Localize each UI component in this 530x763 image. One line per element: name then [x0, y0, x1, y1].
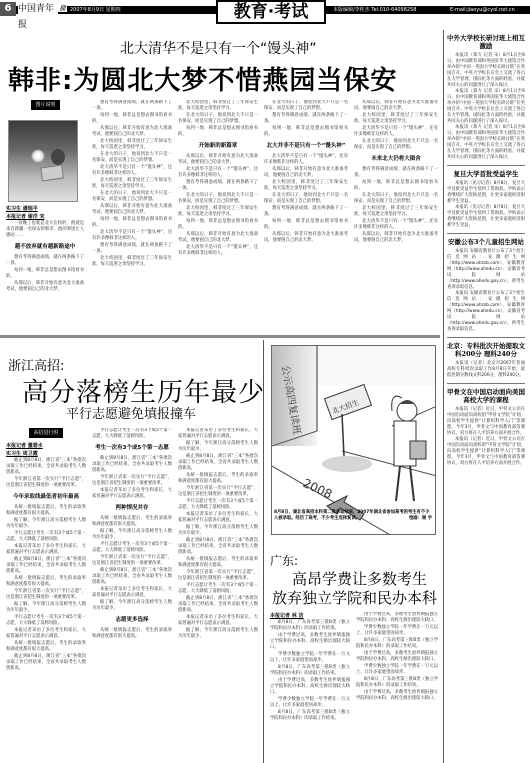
byline-2: 实习生 周卫霞 [6, 450, 86, 458]
guangdong-headline-line2: 放弃独立学院和民办本科 [272, 587, 437, 608]
body-paragraph: 从那以后，韩非开始有意为北大准备考试，他要圆自己的北大梦。 [178, 154, 258, 166]
main-story-col-3: 北大校园里，韩非度过了三年保安生涯，每天巡逻之余坚持学习。 在北大的日子，他说到… [178, 100, 258, 333]
cartoon-illustration: 公示高四复读班 北大招生 2008 [272, 346, 436, 535]
body-paragraph: 据了解，今年浙江高分落榜考生人数为历年最少。 [178, 628, 258, 640]
body-paragraph: 北大清华不是只有一个“馒头神”，还有许多像韩非这样的人。 [354, 219, 438, 231]
body-paragraph: 由于学费过高，多数考生放弃填报独立学院和民办本科，高校生源出现较大缺口。 [356, 690, 438, 702]
guangdong-kicker: 广东: [270, 552, 298, 569]
brief-item: 复旦大学首批受益学生 本报讯（见习记者）8月8日，复旦大学首批受益学生领到了资助… [444, 170, 528, 229]
brief-title: 甲骨文在中国启动面向美国高校大学的课程 [444, 388, 528, 404]
brief-body: 本报讯（见习记者）8月8日，复旦大学首批受益学生领到了资助款。学校表示将继续扩大… [444, 181, 528, 229]
body-paragraph: 每到一地，韩非总是想去图书馆看书的。 [264, 219, 348, 231]
brief-paragraph: 本报讯 安徽省教育厅公布了3个招生信息网站：安徽招生网（http://www.a… [447, 291, 525, 333]
subhead: 今年录取线最低者初年最高 [6, 494, 86, 500]
subhead: 北大并非不是只有一个“馒头神” [264, 143, 348, 149]
main-story-headline: 韩非:为圆北大梦不惜燕园当保安 [8, 60, 397, 97]
body-paragraph: 从统一批填报志愿后，考生的录取率和满意度都有很大提高。 [6, 505, 86, 517]
body-paragraph: 今年浙江省第一次实行“平行志愿”，这是浙江省招生制度的一项重要改革。 [178, 486, 258, 498]
lower-story-col-2: 平行志愿让考生一次有3个或5个第一志愿，大大降低了落榜风险。 考生一次有3个或5… [92, 428, 172, 763]
body-paragraph: 平行志愿让考生一次有3个或5个第一志愿，大大降低了落榜风险。 [6, 531, 86, 543]
body-paragraph: 在北大的日子，他说到北大不只是一名保安，而是实现了自己的梦想。 [264, 100, 348, 112]
body-paragraph: 在北大的日子，他说到北大不只是一名保安，而是实现了自己的梦想。 [354, 139, 438, 151]
body-paragraph: 从统一批填报志愿后，考生的录取率和满意度都有很大提高。 [92, 628, 172, 640]
body-paragraph: 据了解，今年浙江高分落榜考生人数为历年最少。 [92, 529, 172, 541]
cartoon-caption: 8月8日，湖北省高招本科第二批录取结束，2007年湖北省参加高考的考生有不少人被… [274, 510, 432, 522]
subhead: 考生一次有3个或5个第一志愿 [92, 445, 172, 451]
body-paragraph: 由于学费过高，多数考生放弃填报独立学院和民办本科，高校生源出现较大缺口。 [356, 612, 438, 624]
byline: 本报记者 林 洁 [270, 612, 350, 620]
section-divider [0, 335, 440, 338]
header-date: 2007年8月9日 星期四 [70, 6, 121, 14]
body-paragraph: 北大清华不是只有一个“馒头神”，还有许多像韩非这样的人。 [92, 230, 172, 242]
body-paragraph: 据了解，今年浙江高分落榜考生人数为历年最少。 [178, 441, 258, 453]
body-paragraph: 今年浙江省第一次实行“平行志愿”，这是浙江省招生制度的一项重要改革。 [92, 555, 172, 567]
brief-paragraph: 本报讯（记者）近日，甲骨文公司在中国启动面向高校的“甲骨文学院”计划，向高校学生… [447, 407, 525, 437]
body-paragraph: 北大清华不是只有一个“馒头神”，还有许多像韩非这样的人。 [354, 126, 438, 138]
photo-label-wrap: 图片说明 [8, 100, 83, 120]
brief-item: 安徽公布3个儿童招生网站 本报讯 安徽省教育厅公布了3个招生信息网站：安徽招生网… [444, 238, 528, 333]
guangdong-col-2: 由于学费过高，多数考生放弃填报独立学院和民办本科，高校生源出现较大缺口。 学费少… [356, 612, 438, 763]
story-photo [8, 120, 78, 202]
body-paragraph: 在北大的日子，他说到北大不只是一名保安，而是实现了自己的梦想。 [178, 193, 258, 205]
body-paragraph: 在北大的日子，他说到北大不只是一名保安，而是实现了自己的梦想。 [92, 191, 172, 203]
brief-item: 中外大学校长研讨班上相互激励 本报讯（郑力 记者 宋）8月1日至6日，由中国教育… [444, 34, 528, 161]
body-paragraph: 每到一地，韩非总是想去图书馆看书的。 [264, 126, 348, 138]
body-paragraph: 从统一批填报志愿后，考生的录取率和满意度都有很大提高。 [6, 641, 86, 653]
body-paragraph: 本报记者采访了多位考生和家长，大家普遍对平行志愿表示满意。 [6, 544, 86, 556]
body-paragraph: 从那以后，韩非开始有意为北大准备考试，他要圆自己的北大梦。 [92, 204, 172, 216]
brief-body: 本报讯（记者）近日，甲骨文公司在中国启动面向高校的“甲骨文学院”计划，向高校学生… [444, 407, 528, 467]
body-paragraph: 据了解，今年浙江高分落榜考生人数为历年最少。 [6, 518, 86, 530]
body-paragraph: 8月8日，广东高考第三批B类（独立学院和民办本科）的录取工作结束。 [356, 638, 438, 650]
body-paragraph: 每到一地，韩非总是想去图书馆看书的。 [6, 268, 84, 280]
subhead: 未来北大仍将大图舍 [354, 156, 438, 162]
brief-title: 复旦大学首批受益学生 [444, 170, 528, 178]
header-email: E-mail:jiaoyu@cyol.net.cn [450, 6, 515, 14]
body-paragraph: 今年浙江省第一次实行“平行志愿”，这是浙江省招生制度的一项重要改革。 [92, 475, 172, 487]
brief-title: 安徽公布3个儿童招生网站 [444, 238, 528, 246]
byline-1: 实习生 潘瑞平 [6, 205, 84, 213]
brief-paragraph: 本报讯（记者）近日，甲骨文公司在中国启动面向高校的“甲骨文学院”计划，向高校学生… [447, 437, 525, 467]
body-paragraph: 每到一地，韩非总是想去图书馆看书的。 [92, 217, 172, 229]
body-paragraph: 在北大的日子，他说到北大不只是一名保安，而是实现了自己的梦想。 [178, 113, 258, 125]
body-paragraph: 8月8日，广东高考第三批B类（独立学院和民办本科）的录取工作结束。 [270, 710, 350, 722]
body-paragraph: 平行志愿让考生一次有3个或5个第一志愿，大大降低了落榜风险。 [6, 615, 86, 627]
brief-body: 本报讯（郑力 记者 宋）8月1日至6日，由中国教育部和英国驻华大使馆合作举办的“… [444, 53, 528, 161]
body-paragraph: 据了解，今年浙江高分落榜考生人数为历年最少。 [92, 600, 172, 612]
body-paragraph: 在北大的日子，他说到北大不只是一名保安，而是实现了自己的梦想。 [264, 193, 348, 205]
news-briefs-sidebar: 中外大学校长研讨班上相互激励 本报讯（郑力 记者 宋）8月1日至6日，由中国教育… [443, 30, 528, 763]
body-paragraph: 学费少数独立学院一年学费在一万元以上，让许多家庭望而却步。 [270, 652, 350, 664]
body-paragraph: 从统一批填报志愿后，考生的录取率和满意度都有很大提高。 [178, 557, 258, 569]
byline-2: 本报记者 谢洋 宋 [6, 213, 84, 221]
body-paragraph: 截止到8月8日，浙江省“三本”各批次录取工作已经结束，全省共录取考生人数创新高。 [92, 456, 172, 474]
body-paragraph: 从那以后，韩非开始有意为北大准备考试，他要圆自己的北大梦。 [354, 232, 438, 244]
body-paragraph: 学费少数独立学院一年学费在一万元以上，让许多家庭望而却步。 [270, 697, 350, 709]
body-paragraph: 据了解，今年浙江高分落榜考生人数为历年最少。 [178, 525, 258, 537]
label-wrap: 高招进行时 [6, 428, 86, 438]
svg-text:2008: 2008 [301, 476, 335, 502]
body-paragraph: 想有考得满意成绩，就在两条路下了一条。 [92, 243, 172, 255]
body-paragraph: 从统一批填报志愿后，考生的录取率和满意度都有很大提高。 [92, 516, 172, 528]
byline-1: 本报记者 董碧水 [6, 442, 86, 450]
body-paragraph: 想有考得满意成绩，就在两条路下了一条。 [264, 206, 348, 218]
body-paragraph: 平行志愿让考生一次有3个或5个第一志愿，大大降低了落榜风险。 [92, 542, 172, 554]
body-paragraph: 本报记者采访了多位考生和家长，大家普遍对平行志愿表示满意。 [178, 615, 258, 627]
lamp-icon [31, 149, 45, 163]
body-paragraph: 北大校园里，韩非度过了三年保安生涯，每天巡逻之余坚持学习。 [178, 100, 258, 112]
section-title: 教育·考试 [216, 0, 326, 24]
subhead: 越不放弃就有越新路途中 [6, 244, 84, 250]
brief-title: 北京：专科批次开始提取文科200分 理科240分 [444, 342, 528, 358]
brief-item: 甲骨文在中国启动面向美国高校大学的课程 本报讯（记者）近日，甲骨文公司在中国启动… [444, 388, 528, 467]
main-story-col-1: 实习生 潘瑞平 本报记者 谢洋 宋 一份晚了也就是北大在校的，他就是来自新疆一名… [6, 205, 84, 333]
body-paragraph: 今年浙江省第一次实行“平行志愿”，这是浙江省招生制度的一项重要改革。 [6, 589, 86, 601]
decorative-slashes: //// [58, 4, 67, 12]
body-paragraph: 想有考得满意成绩，就在两条路下了一条。 [264, 113, 348, 125]
body-paragraph: 截止到8月8日，浙江省“三本”各批次录取工作已经结束，全省共录取考生人数创新高。 [178, 596, 258, 614]
body-paragraph: 每到一地，韩非总是想去图书馆看书的。 [92, 113, 172, 125]
body-paragraph: 截止到8月8日，浙江省“三本”各批次录取工作已经结束，全省共录取考生人数创新高。 [6, 557, 86, 575]
brief-divider [447, 383, 525, 384]
body-paragraph: 本报记者采访了多位考生和家长，大家普遍对平行志愿表示满意。 [178, 512, 258, 524]
body-paragraph: 8月8日，广东高考第三批B类（独立学院和民办本科）的录取工作结束。 [270, 620, 350, 632]
body-paragraph: 今年浙江省第一次实行“平行志愿”，这是浙江省招生制度的一项重要改革。 [6, 477, 86, 489]
body-paragraph: 由于学费过高，多数考生放弃填报独立学院和民办本科，高校生源出现较大缺口。 [270, 678, 350, 696]
subhead: 志愿更多选择 [92, 617, 172, 623]
brief-body: 本报讯 安徽省教育厅公布了3个招生信息网站：安徽招生网（http://www.a… [444, 249, 528, 333]
lower-story-deck: 平行志愿避免填报撞车 [66, 403, 196, 422]
brief-paragraph: 本报讯（见习记者）8月8日，复旦大学首批受益学生领到了资助款。学校表示将继续扩大… [447, 205, 525, 229]
body-paragraph: 本报记者采访了多位考生和家长，大家普遍对平行志愿表示满意。 [92, 587, 172, 599]
photo-label: 图片说明 [31, 100, 59, 110]
body-paragraph: 想有考得满意成绩，就在两条路下了一条。 [178, 180, 258, 192]
guangdong-headline-line1: 高昂学费让多数考生 [292, 568, 427, 589]
lower-story-col-1: 高招进行时 本报记者 董碧水 实习生 周卫霞 截止到8月8日，浙江省“三本”各批… [6, 428, 86, 763]
body-paragraph: 每到一地，韩非总是想去图书馆看书的。 [178, 219, 258, 231]
brief-body: 本报讯（记者）北京市2007年普通高校专科批次录取工作8月8日开始，最低控制分数… [444, 361, 528, 379]
body-paragraph: 平行志愿让考生一次有3个或5个第一志愿，大大降低了落榜风险。 [92, 428, 172, 440]
body-paragraph: 北大清华不是只有一个“馒头神”，还有许多像韩非这样的人。 [92, 165, 172, 177]
lead-paragraph: 一份晚了也就是北大在校的，他就是来自新疆一名保安的韩非，他的事迹让人感动…… [6, 221, 84, 239]
caption-text: 8月8日，湖北省高招本科第二批录取结束，2007年湖北省参加高考的考生有不少人被… [274, 510, 429, 521]
body-paragraph: 截止到8月8日，浙江省“三本”各批次录取工作已经结束，全省共录取考生人数创新高。 [178, 538, 258, 556]
body-paragraph: 截止到8月8日，浙江省“三本”各批次录取工作已经结束，全省共录取考生人数创新高。 [6, 458, 86, 476]
body-paragraph: 平行志愿让考生一次有3个或5个第一志愿，大大降低了落榜风险。 [178, 499, 258, 511]
body-paragraph: 从那以后，韩非开始有意为北大准备考试，他要圆自己的北大梦。 [354, 100, 438, 112]
body-paragraph: 平行志愿让考生一次有3个或5个第一志愿，大大降低了落榜风险。 [178, 583, 258, 595]
body-paragraph: 北大清华不是只有一个“馒头神”，还有许多像韩非这样的人。 [264, 154, 348, 166]
body-paragraph: 今年浙江省第一次实行“平行志愿”，这是浙江省招生制度的一项重要改革。 [178, 570, 258, 582]
body-paragraph: 本报记者采访了多位考生和家长，大家普遍对平行志愿表示满意。 [92, 488, 172, 500]
brief-divider [447, 337, 525, 338]
brief-title: 中外大学校长研讨班上相互激励 [444, 34, 528, 50]
main-story-col-4: 在北大的日子，他说到北大不只是一名保安，而是实现了自己的梦想。 想有考得满意成绩… [264, 100, 348, 333]
body-paragraph: 从那以后，韩非开始有意为北大准备考试，他要圆自己的北大梦。 [92, 126, 172, 138]
body-paragraph: 截止到8月8日，浙江省“三本”各批次录取工作已经结束，全省共录取考生人数创新高。 [92, 568, 172, 586]
main-story-kicker: 北大清华不是只有一个“馒头神” [120, 38, 317, 58]
body-paragraph: 8月8日，广东高考第三批B类（独立学院和民办本科）的录取工作结束。 [270, 665, 350, 677]
body-paragraph: 想有考得满意成绩，就在两条路下了一条。 [354, 167, 438, 179]
body-paragraph: 北大校园里，韩非度过了三年保安生涯，每天巡逻之余坚持学习。 [178, 206, 258, 218]
body-paragraph: 北大清华不是只有一个“馒头神”，还有许多像韩非这样的人。 [178, 245, 258, 257]
body-paragraph: 北大校园里，韩非度过了三年保安生涯，每天巡逻之余坚持学习。 [92, 139, 172, 151]
lower-story-col-3: 本报记者采访了多位考生和家长，大家普遍对平行志愿表示满意。 据了解，今年浙江高分… [178, 428, 258, 763]
body-paragraph: 北大校园里，韩非度过了三年保安生涯，每天巡逻之余坚持学习。 [92, 256, 172, 268]
brief-paragraph: 本报讯（见习记者）8月8日，复旦大学首批受益学生领到了资助款。学校表示将继续扩大… [447, 181, 525, 205]
body-paragraph: 本报记者采访了多位考生和家长，大家普遍对平行志愿表示满意。 [6, 628, 86, 640]
body-paragraph: 北大校园里，韩非度过了三年保安生涯，每天巡逻之余坚持学习。 [354, 113, 438, 125]
section-label: 高招进行时 [29, 428, 62, 438]
subhead: 两种情况并存 [92, 505, 172, 511]
body-paragraph: 从那以后，韩非开始有意为北大准备考试，他要圆自己的北大梦。 [264, 232, 348, 244]
body-paragraph: 截止到8月8日，浙江省“三本”各批次录取工作已经结束，全省共录取考生人数创新高。 [178, 454, 258, 472]
body-paragraph: 北大校园里，韩非度过了三年保安生涯，每天巡逻之余坚持学习。 [92, 178, 172, 190]
person-figure [51, 149, 65, 165]
brief-divider [447, 165, 525, 166]
body-paragraph: 北大清华不是只有一个“馒头神”，还有许多像韩非这样的人。 [178, 167, 258, 179]
brief-paragraph: 本报讯（郑力 记者 宋）8月1日至6日，由中国教育部和英国驻华大使馆合作举办的“… [447, 53, 525, 89]
body-paragraph: 北大校园里，韩非度过了三年保安生涯，每天巡逻之余坚持学习。 [354, 206, 438, 218]
masthead-logo: 中国青年报 [18, 1, 58, 17]
header-contact: 本版编辑/李桂杰 Tel:010-64098258 [333, 6, 416, 14]
body-paragraph: 截止到8月8日，浙江省“三本”各批次录取工作已经结束，全省共录取考生人数创新高。 [6, 654, 86, 672]
brief-paragraph: 本报讯 安徽省教育厅公布了3个招生信息网站：安徽招生网（http://www.a… [447, 249, 525, 291]
main-story-col-5: 从那以后，韩非开始有意为北大准备考试，他要圆自己的北大梦。 北大校园里，韩非度过… [354, 100, 438, 333]
brief-paragraph: 本报讯（记者）北京市2007年普通高校专科批次录取工作8月8日开始，最低控制分数… [447, 361, 525, 379]
body-paragraph: 本报记者采访了多位考生和家长，大家普遍对平行志愿表示满意。 [178, 428, 258, 440]
body-paragraph: 由于学费过高，多数考生放弃填报独立学院和民办本科，高校生源出现较大缺口。 [270, 633, 350, 651]
body-paragraph: 在北大的日子，他说到北大不只是一名保安，而是实现了自己的梦想。 [92, 152, 172, 164]
body-paragraph: 学费少数独立学院一年学费在一万元以上，让许多家庭望而却步。 [356, 625, 438, 637]
page-number: 6 [0, 2, 16, 16]
cartoon-credit: 绘画：谢 宇 [409, 516, 432, 522]
body-paragraph: 想有考得满意成绩，就在两条路下了一条。 [92, 100, 172, 112]
body-paragraph: 每到一地，韩非总是想去图书馆看书的。 [178, 126, 258, 138]
brief-item: 北京：专科批次开始提取文科200分 理科240分 本报讯（记者）北京市2007年… [444, 342, 528, 379]
body-paragraph: 8月8日，广东高考第三批B类（独立学院和民办本科）的录取工作结束。 [356, 677, 438, 689]
column-divider [263, 340, 264, 763]
subhead: 开始新的新篇章 [178, 143, 258, 149]
brief-divider [447, 233, 525, 234]
book-icon [40, 165, 64, 182]
editorial-cartoon: 公示高四复读班 北大招生 2008 [271, 345, 436, 535]
body-paragraph: 由于学费过高，多数考生放弃填报独立学院和民办本科，高校生源出现较大缺口。 [356, 651, 438, 663]
brief-paragraph: 本报讯（郑力 记者 宋）8月1日至6日，由中国教育部和英国驻华大使馆合作举办的“… [447, 125, 525, 161]
body-paragraph: 从那以后，韩非开始有意为北大准备考试，他要圆自己的北大梦。 [178, 232, 258, 244]
body-paragraph: 每到一地，韩非总是想去图书馆看书的。 [354, 180, 438, 192]
body-paragraph: 北大校园里，韩非度过了三年保安生涯，每天巡逻之余坚持学习。 [264, 180, 348, 192]
body-paragraph: 从那以后，韩非开始有意为北大准备考试，他要圆自己的北大梦。 [264, 167, 348, 179]
body-paragraph: 学费少数独立学院一年学费在一万元以上，让许多家庭望而却步。 [356, 664, 438, 676]
body-paragraph: 从统一批填报志愿后，考生的录取率和满意度都有很大提高。 [6, 576, 86, 588]
body-paragraph: 想有考得满意成绩，就在两条路下了一条。 [6, 255, 84, 267]
body-paragraph: 据了解，今年浙江高分落榜考生人数为历年最少。 [6, 602, 86, 614]
brief-paragraph: 本报讯（郑力 记者 宋）8月1日至6日，由中国教育部和英国驻华大使馆合作举办的“… [447, 89, 525, 125]
body-paragraph: 在北大的日子，他说到北大不只是一名保安，而是实现了自己的梦想。 [354, 193, 438, 205]
main-story-col-2: 想有考得满意成绩，就在两条路下了一条。 每到一地，韩非总是想去图书馆看书的。 从… [92, 100, 172, 333]
body-paragraph: 从那以后，韩非开始有意为北大准备考试，他要圆自己的北大梦。 [6, 281, 84, 293]
guangdong-col-1: 本报记者 林 洁 8月8日，广东高考第三批B类（独立学院和民办本科）的录取工作结… [270, 612, 350, 763]
body-paragraph: 从统一批填报志愿后，考生的录取率和满意度都有很大提高。 [178, 473, 258, 485]
